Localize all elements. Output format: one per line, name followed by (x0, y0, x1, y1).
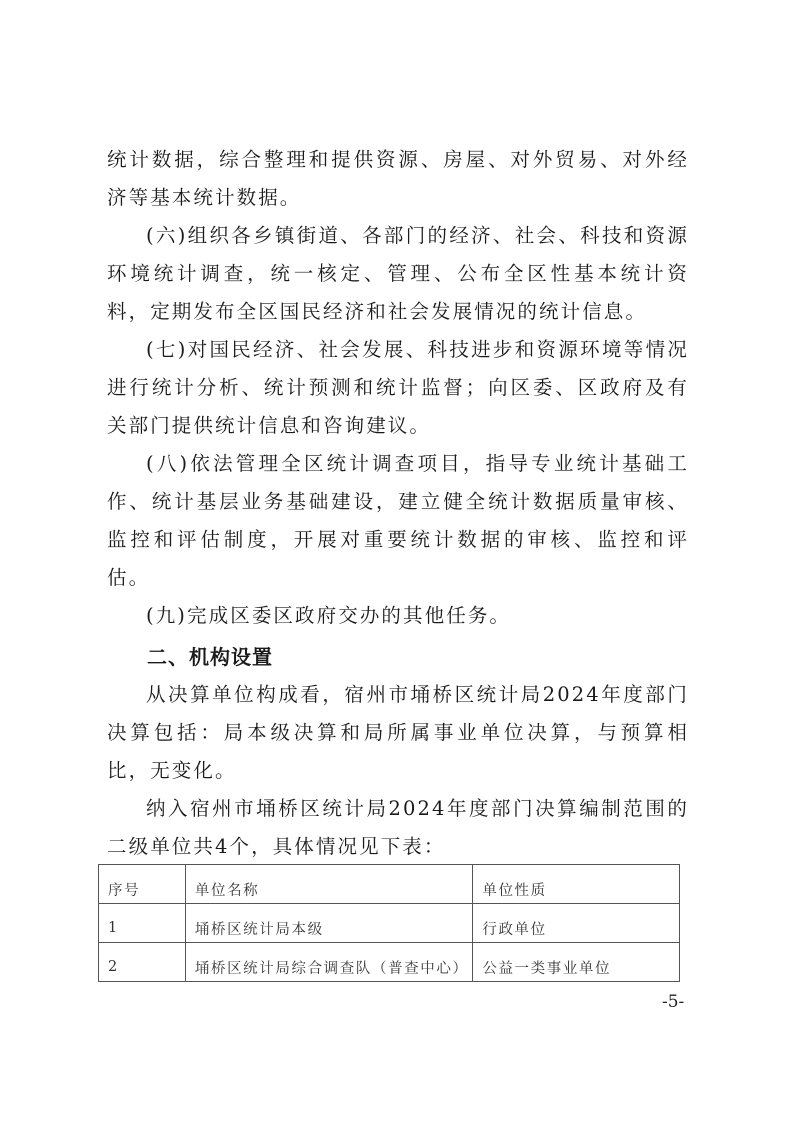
page-number: -5- (662, 992, 684, 1012)
section-heading: 二、机构设置 (107, 638, 689, 676)
paragraph-item-8: (八)依法管理全区统计调查项目，指导专业统计基础工作、统计基层业务基础建设，建立… (107, 445, 689, 597)
cell-unit-name: 埇桥区统计局综合调查队（普查中心） (185, 943, 472, 982)
paragraph-item-6: (六)组织各乡镇街道、各部门的经济、社会、科技和资源环境统计调查，统一核定、管理… (107, 217, 689, 331)
paragraph-org-composition: 从决算单位构成看，宿州市埇桥区统计局2024年度部门决算包括：局本级决算和局所属… (107, 676, 689, 790)
cell-unit-type: 公益一类事业单位 (473, 943, 680, 982)
body-text-section-2: 二、机构设置 从决算单位构成看，宿州市埇桥区统计局2024年度部门决算包括：局本… (107, 638, 689, 866)
paragraph-continued: 统计数据，综合整理和提供资源、房屋、对外贸易、对外经济等基本统计数据。 (107, 141, 689, 217)
cell-index: 2 (99, 943, 186, 982)
header-cell-unit-name: 单位名称 (185, 865, 472, 904)
paragraph-item-7: (七)对国民经济、社会发展、科技进步和资源环境等情况进行统计分析、统计预测和统计… (107, 331, 689, 445)
units-table: 序号 单位名称 单位性质 1 埇桥区统计局本级 行政单位 2 埇桥区统计局综合调… (98, 864, 680, 982)
header-cell-index: 序号 (99, 865, 186, 904)
body-text-top: 统计数据，综合整理和提供资源、房屋、对外贸易、对外经济等基本统计数据。 (六)组… (107, 141, 689, 635)
cell-unit-name: 埇桥区统计局本级 (185, 904, 472, 943)
document-page: 统计数据，综合整理和提供资源、房屋、对外贸易、对外经济等基本统计数据。 (六)组… (0, 0, 793, 1122)
table-row: 1 埇桥区统计局本级 行政单位 (99, 904, 680, 943)
table-row: 2 埇桥区统计局综合调查队（普查中心） 公益一类事业单位 (99, 943, 680, 982)
cell-unit-type: 行政单位 (473, 904, 680, 943)
header-cell-unit-type: 单位性质 (473, 865, 680, 904)
paragraph-item-9: (九)完成区委区政府交办的其他任务。 (107, 597, 689, 635)
cell-index: 1 (99, 904, 186, 943)
paragraph-org-scope: 纳入宿州市埇桥区统计局2024年度部门决算编制范围的二级单位共4个，具体情况见下… (107, 790, 689, 866)
table-header-row: 序号 单位名称 单位性质 (99, 865, 680, 904)
